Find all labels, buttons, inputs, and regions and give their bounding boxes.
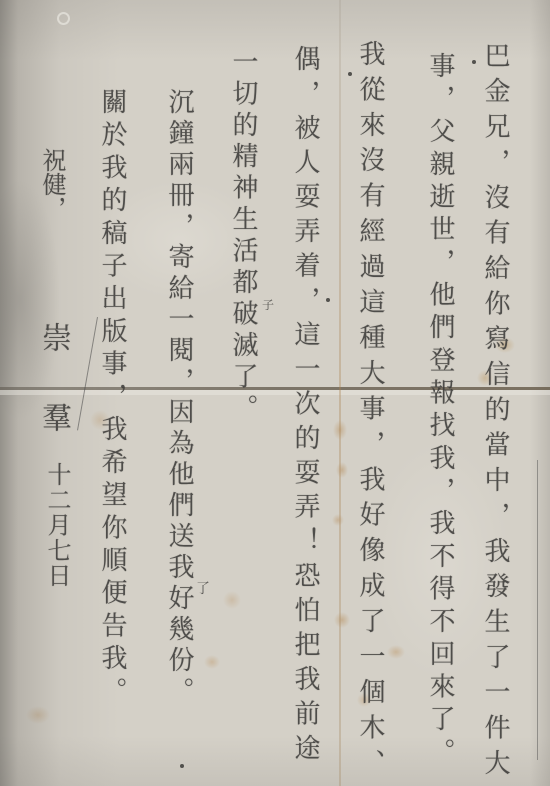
- ink-dot: [180, 764, 184, 768]
- letter-date: 十二月七日: [40, 462, 74, 587]
- inserted-annotation: 了: [196, 578, 210, 598]
- ghost-mark: [57, 12, 70, 25]
- letter-signature: 崇羣: [36, 322, 70, 432]
- letter-column-6: 沉鐘兩冊，寄給一閱，因為他們送我好幾份。: [162, 88, 196, 703]
- handwritten-letter-page: 巴金兄，沒有給你寫信的當中，我發生了一件大 事，父親逝世，他們登報找我，我不得不…: [0, 0, 550, 786]
- letter-closing: 祝健，: [35, 148, 69, 214]
- vertical-fold-line: [339, 0, 341, 786]
- ink-dot: [326, 298, 330, 302]
- inserted-annotation: 子: [262, 296, 274, 313]
- ruled-pencil-line: [537, 460, 538, 760]
- ink-dot: [472, 60, 476, 64]
- letter-column-2: 事，父親逝世，他們登報找我，我不得不回來了。: [423, 52, 457, 764]
- ink-dot: [348, 72, 352, 76]
- letter-column-3: 我從來沒有經過這種大事，我好像成了一個木、: [353, 40, 387, 775]
- letter-column-5: 一切的精神生活都破滅了。: [226, 48, 260, 420]
- letter-column-4: 偶，被人耍弄着，這一次的耍弄！恐怕把我前途: [288, 45, 322, 760]
- letter-column-1: 巴金兄，沒有給你寫信的當中，我發生了一件大: [478, 42, 512, 775]
- letter-column-7: 關於我的稿子出版事，我希望你順便告我。: [95, 88, 129, 703]
